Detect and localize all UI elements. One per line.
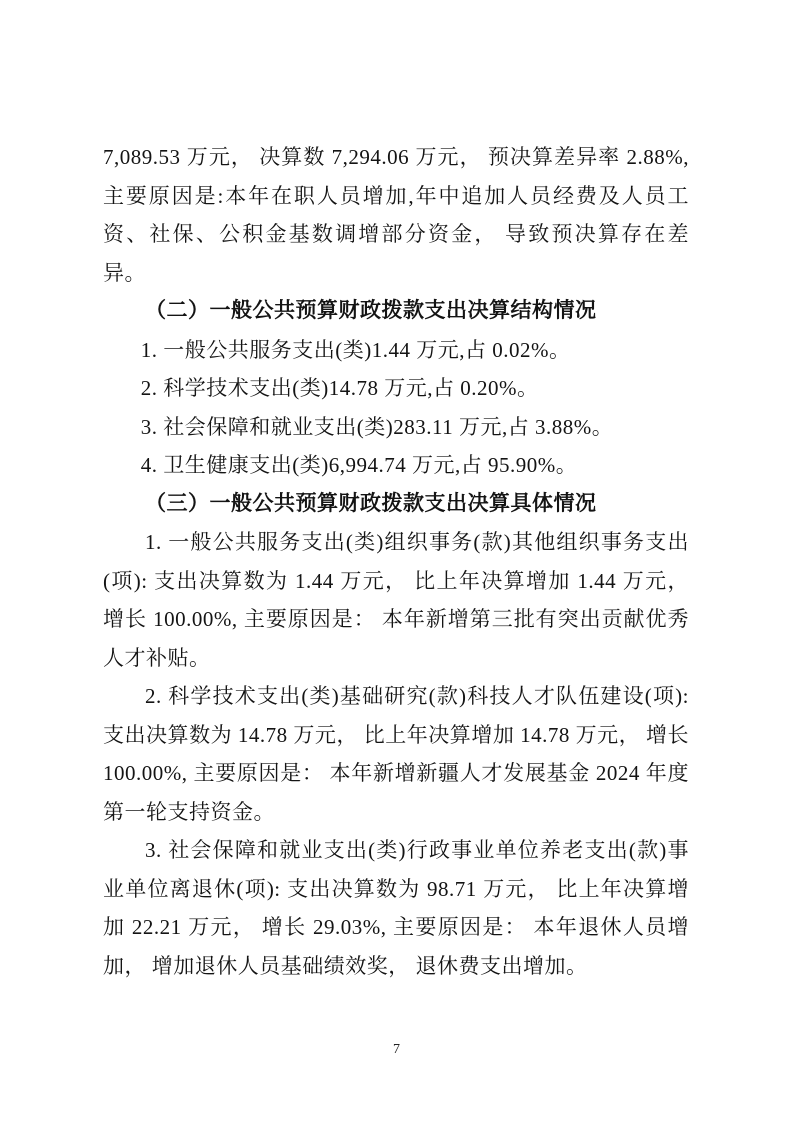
section-2-item-4: 4. 卫生健康支出(类)6,994.74 万元,占 95.90%。 bbox=[103, 446, 689, 485]
section-2-item-1: 1. 一般公共服务支出(类)1.44 万元,占 0.02%。 bbox=[103, 331, 689, 370]
section-3-paragraph-2: 2. 科学技术支出(类)基础研究(款)科技人才队伍建设(项): 支出决算数为 1… bbox=[103, 677, 689, 831]
document-page: 7,089.53 万元， 决算数 7,294.06 万元， 预决算差异率 2.8… bbox=[0, 0, 793, 1122]
document-body: 7,089.53 万元， 决算数 7,294.06 万元， 预决算差异率 2.8… bbox=[103, 138, 689, 985]
section-3-paragraph-3: 3. 社会保障和就业支出(类)行政事业单位养老支出(款)事业单位离退休(项): … bbox=[103, 831, 689, 985]
section-2-item-2: 2. 科学技术支出(类)14.78 万元,占 0.20%。 bbox=[103, 369, 689, 408]
continuation-paragraph: 7,089.53 万元， 决算数 7,294.06 万元， 预决算差异率 2.8… bbox=[103, 138, 689, 292]
section-2-heading: （二）一般公共预算财政拨款支出决算结构情况 bbox=[103, 292, 689, 331]
section-3-paragraph-1: 1. 一般公共服务支出(类)组织事务(款)其他组织事务支出(项): 支出决算数为… bbox=[103, 523, 689, 677]
page-number: 7 bbox=[0, 1042, 793, 1058]
section-3-heading: （三）一般公共预算财政拨款支出决算具体情况 bbox=[103, 485, 689, 524]
section-2-item-3: 3. 社会保障和就业支出(类)283.11 万元,占 3.88%。 bbox=[103, 408, 689, 447]
